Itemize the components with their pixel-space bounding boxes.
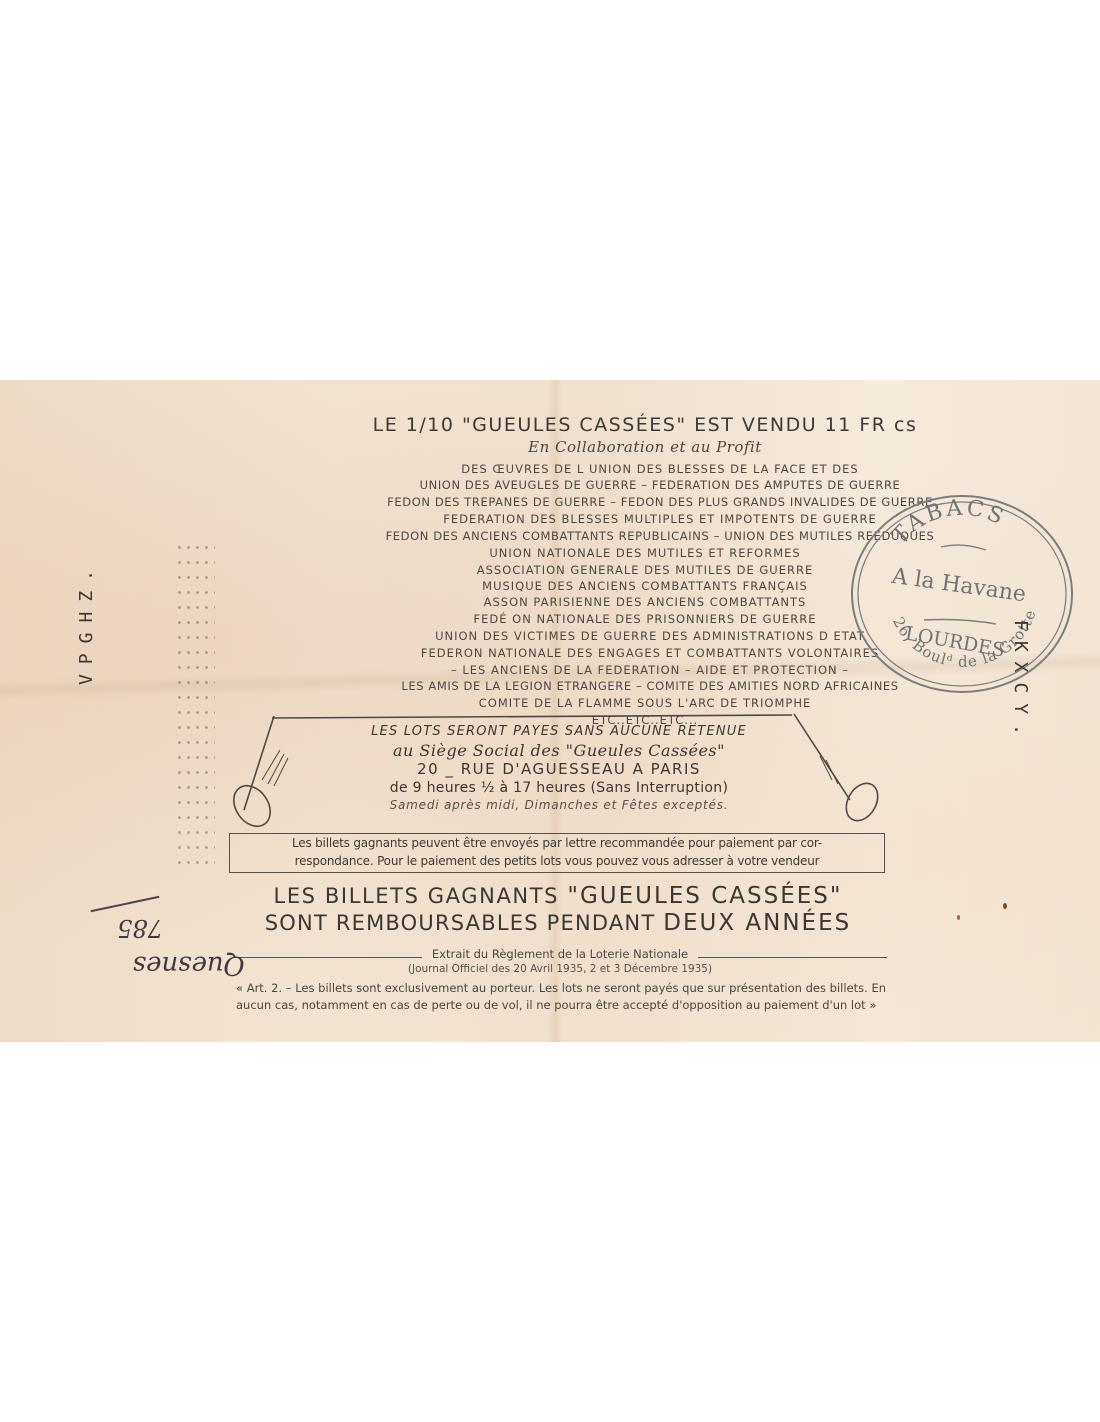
handwritten-annotation: 785 Quesnes [95,850,255,980]
scroll-line-2: au Siège Social des "Gueules Cassées" [232,741,886,760]
refund-brand: "GUEULES CASSÉES" [567,883,842,909]
pen-stroke [91,896,160,912]
ticket-header: LE 1/10 "GUEULES CASSÉES" EST VENDU 11 F… [95,414,1100,436]
regulation-source: (Journal Officiel des 20 Avril 1935, 2 e… [233,963,887,975]
regulation-title: Extrait du Règlement de la Loterie Natio… [432,947,688,961]
mail-note-line-2: respondance. Pour le paiement des petits… [230,852,884,870]
regulation-title-row: Extrait du Règlement de la Loterie Natio… [233,947,887,961]
organization-line: COMITE DE LA FLAMME SOUS L'ARC DE TRIOMP… [95,696,1100,710]
refund-notice-line-1: LES BILLETS GAGNANTS "GUEULES CASSÉES" [228,883,888,909]
payment-scroll-banner: LES LOTS SERONT PAYES SANS AUCUNE RETENU… [232,710,886,832]
ticket-subheader: En Collaboration et au Profit [95,438,1100,456]
regulation-article: « Art. 2. – Les billets sont exclusiveme… [236,980,886,1014]
paper-stain [1003,903,1007,909]
serial-code-right: FKXCY. [1010,620,1031,745]
organization-line: UNION DES AVEUGLES DE GUERRE – FEDERATIO… [110,478,1100,492]
organization-line: DES ŒUVRES DE L UNION DES BLESSES DE LA … [110,462,1100,476]
stamp-middle-text: A la Havane [889,564,1027,608]
divider [233,957,422,958]
mail-note-line-1: Les billets gagnants peuvent être envoyé… [230,834,884,852]
handwritten-number: 785 [117,914,163,942]
refund-notice-line-2: SONT REMBOURSABLES PENDANT DEUX ANNÉES [228,910,888,936]
lottery-ticket: LE 1/10 "GUEULES CASSÉES" EST VENDU 11 F… [0,380,1100,1042]
refund-duration: DEUX ANNÉES [663,910,851,936]
refund-prefix-2: SONT REMBOURSABLES PENDANT [265,911,663,935]
perforation-dots [175,540,215,870]
tobacconist-stamp: TABACS A la Havane LOURDES 26, Boulᵈ de … [846,492,1078,696]
mail-payment-note: Les billets gagnants peuvent être envoyé… [229,833,885,873]
scroll-exceptions: Samedi après midi, Dimanches et Fêtes ex… [232,798,886,812]
stamp-top-text: TABACS [887,496,1009,549]
scroll-line-1: LES LOTS SERONT PAYES SANS AUCUNE RETENU… [232,724,886,739]
scroll-address: 20 _ RUE D'AGUESSEAU A PARIS [232,760,886,778]
handwritten-name: Quesnes [133,950,245,980]
paper-stain [957,915,960,920]
divider [698,957,887,958]
serial-code-left: VPGHZ. [76,560,97,685]
stamp-circle-icon: TABACS A la Havane LOURDES 26, Boulᵈ de … [846,492,1078,696]
scroll-hours: de 9 heures ½ à 17 heures (Sans Interrup… [232,780,886,796]
refund-prefix-1: LES BILLETS GAGNANTS [274,884,568,908]
svg-text:TABACS: TABACS [887,496,1009,549]
